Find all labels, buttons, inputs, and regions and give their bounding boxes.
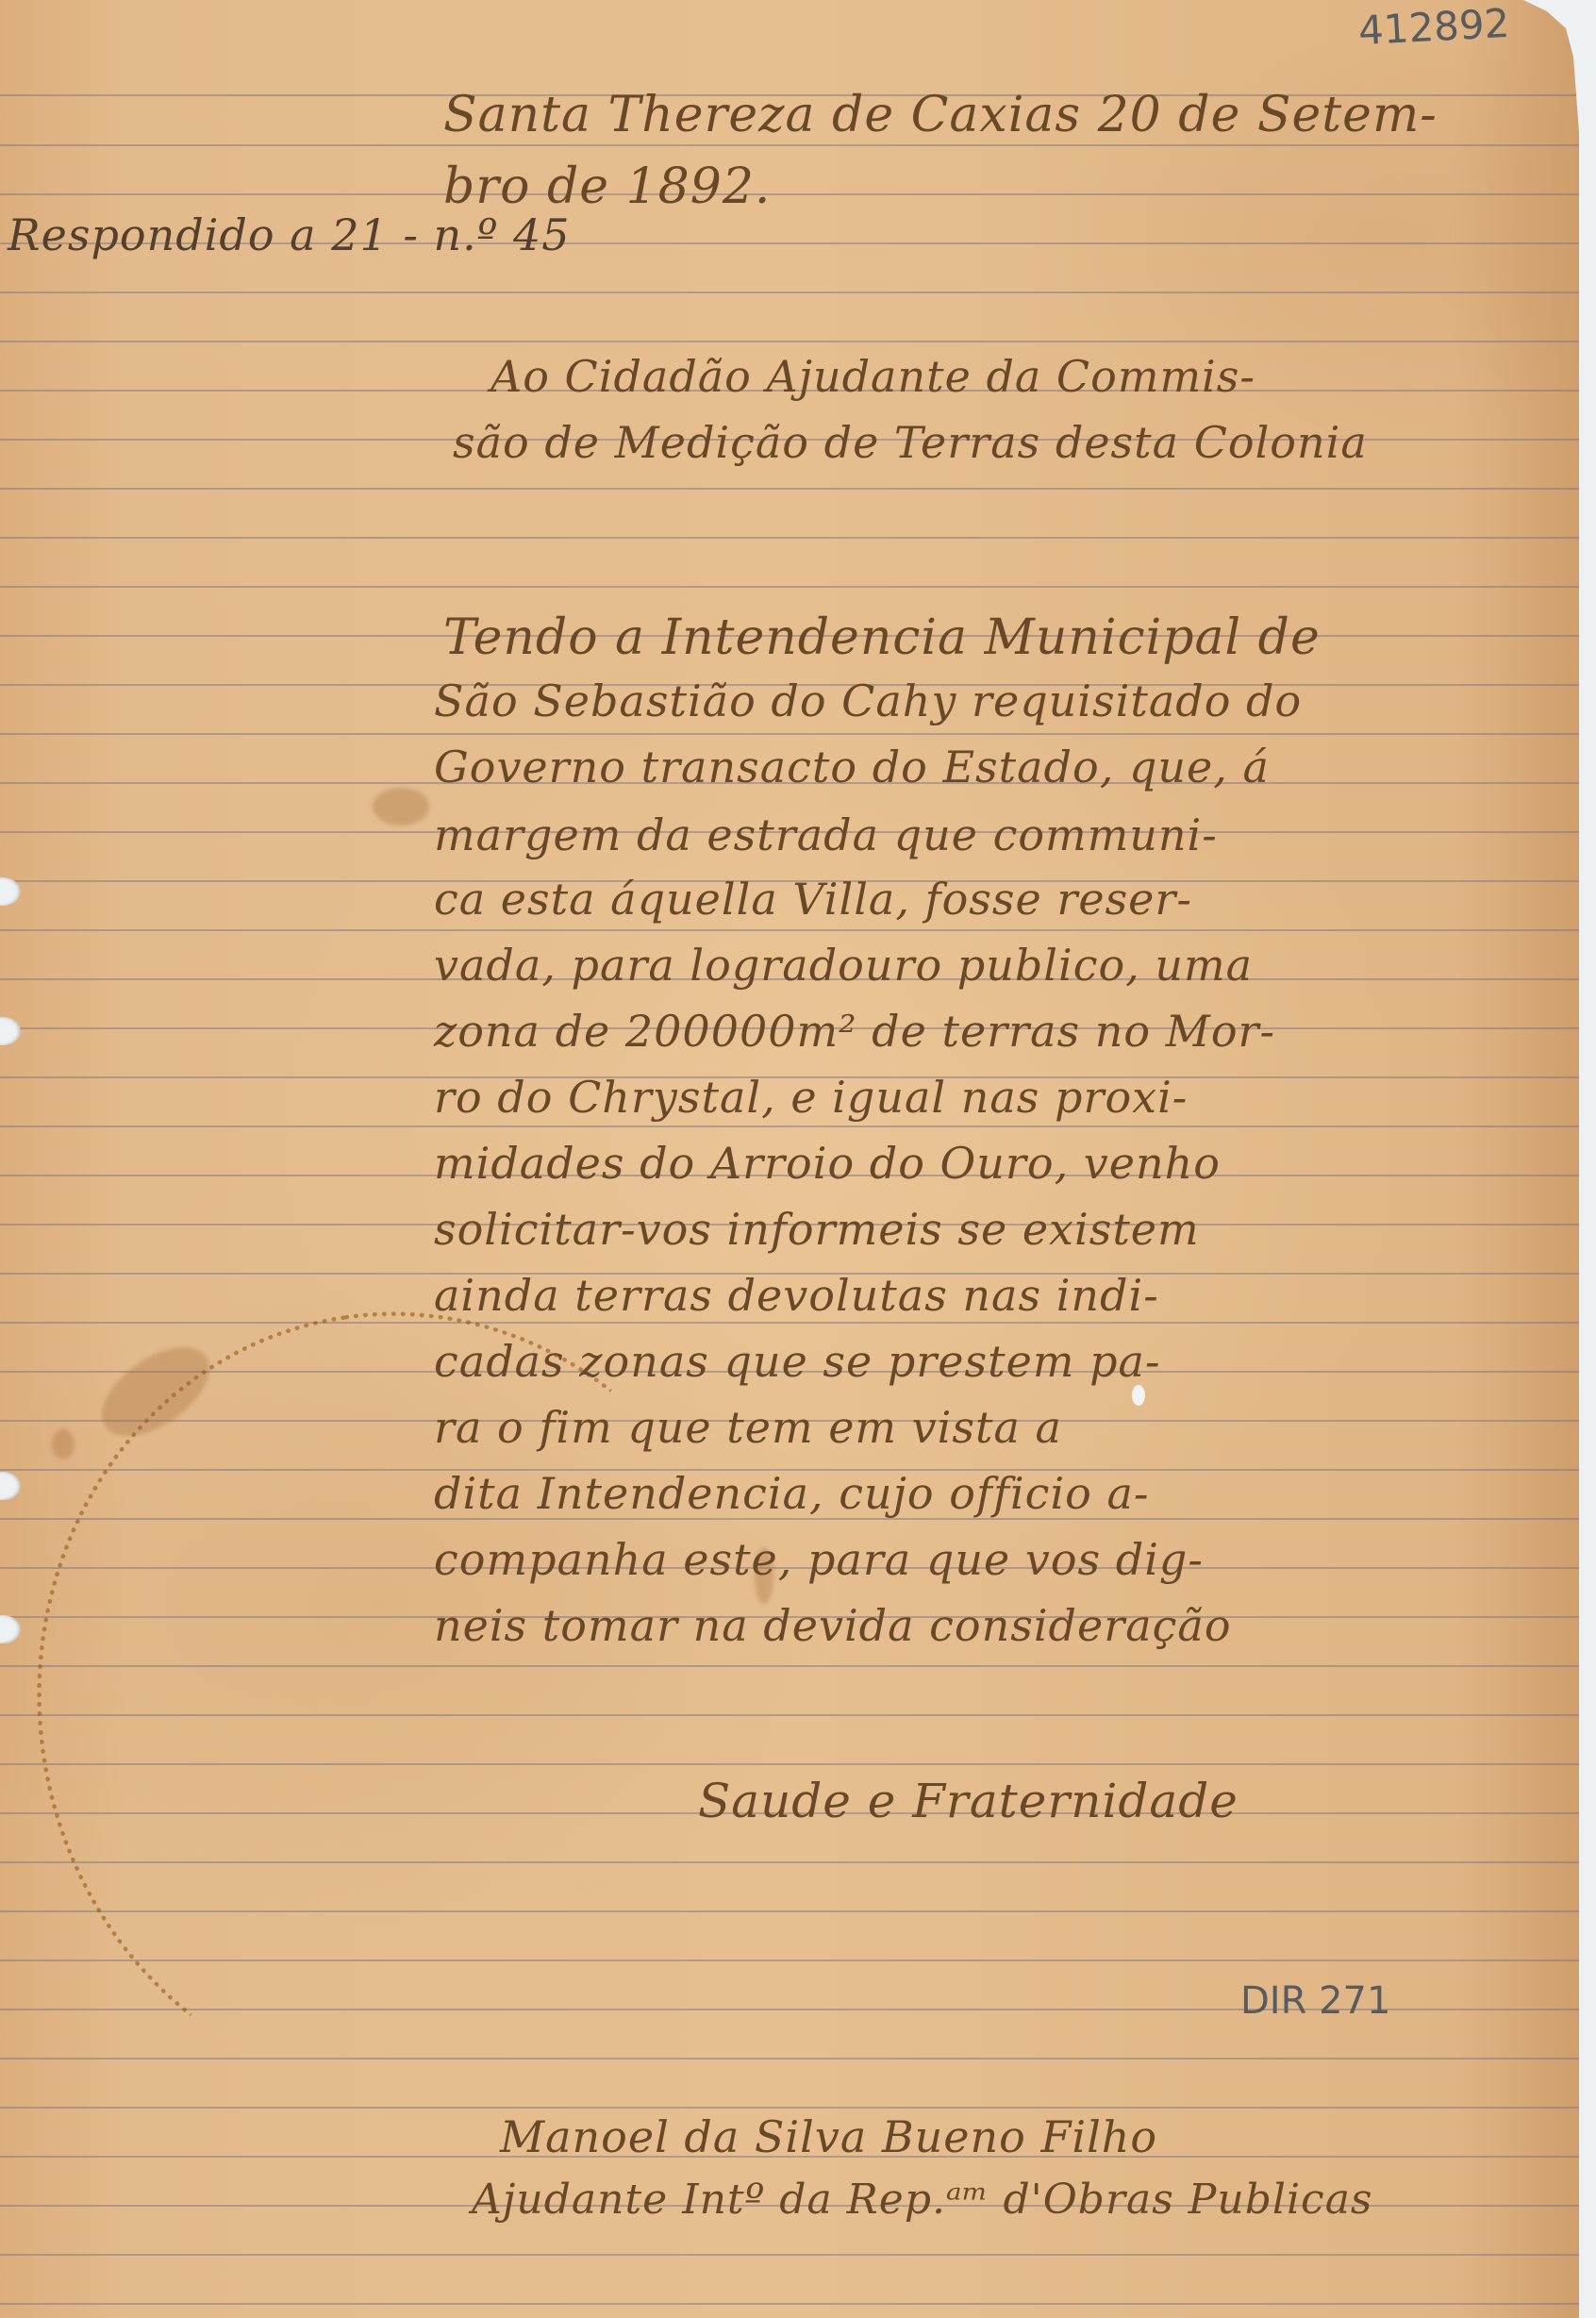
signature-title: Ajudante Intº da Rep.ᵃᵐ d'Obras Publicas <box>472 2176 1373 2224</box>
addressee-line-1: Ao Cidadão Ajudante da Commis- <box>490 351 1255 402</box>
stain-blot <box>52 1429 75 1459</box>
punch-hole <box>0 1017 21 1045</box>
signature-name: Manoel da Silva Bueno Filho <box>500 2111 1157 2162</box>
addressee-line-2: são de Medição de Terras desta Colonia <box>453 417 1368 468</box>
archive-number: 412892 <box>1357 0 1511 54</box>
closing-salutation: Saude e Fraternidade <box>698 1774 1239 1828</box>
body-line: Tendo a Intendencia Municipal de <box>443 609 1321 666</box>
body-line: vada, para logradouro publico, uma <box>434 940 1253 991</box>
letter-page: 412892 DIR 271 Santa Thereza de Caxias 2… <box>0 0 1579 2318</box>
body-line: midades do Arroio do Ouro, venho <box>434 1138 1221 1189</box>
place-date-line-2: bro de 1892. <box>443 158 771 215</box>
body-line: zona de 200000m² de terras no Mor- <box>434 1006 1275 1057</box>
body-line: solicitar-vos informeis se existem <box>434 1204 1200 1255</box>
body-line: ainda terras devolutas nas indi- <box>434 1270 1159 1321</box>
punch-hole <box>0 1615 21 1643</box>
pin-hole <box>1132 1385 1145 1406</box>
body-line: cadas zonas que se prestem pa- <box>434 1336 1161 1387</box>
stain-blot <box>373 788 429 825</box>
body-line: ca esta áquella Villa, fosse reser- <box>434 874 1192 925</box>
margin-note-reply: Respondido a 21 - n.º 45 <box>8 209 571 260</box>
body-line: São Sebastião do Cahy requisitado do <box>434 675 1302 726</box>
body-line: Governo transacto do Estado, que, á <box>434 742 1270 792</box>
punch-hole <box>0 1472 21 1500</box>
body-line: ro do Chrystal, e igual nas proxi- <box>434 1072 1188 1123</box>
archive-code: DIR 271 <box>1240 1979 1390 2023</box>
body-line: neis tomar na devida consideração <box>434 1600 1232 1651</box>
body-line: dita Intendencia, cujo officio a- <box>434 1468 1149 1519</box>
body-line: margem da estrada que communi- <box>434 809 1218 860</box>
place-date-line-1: Santa Thereza de Caxias 20 de Setem- <box>443 87 1438 143</box>
body-line: companha este, para que vos dig- <box>434 1534 1204 1585</box>
body-line: ra o fim que tem em vista a <box>434 1402 1062 1453</box>
